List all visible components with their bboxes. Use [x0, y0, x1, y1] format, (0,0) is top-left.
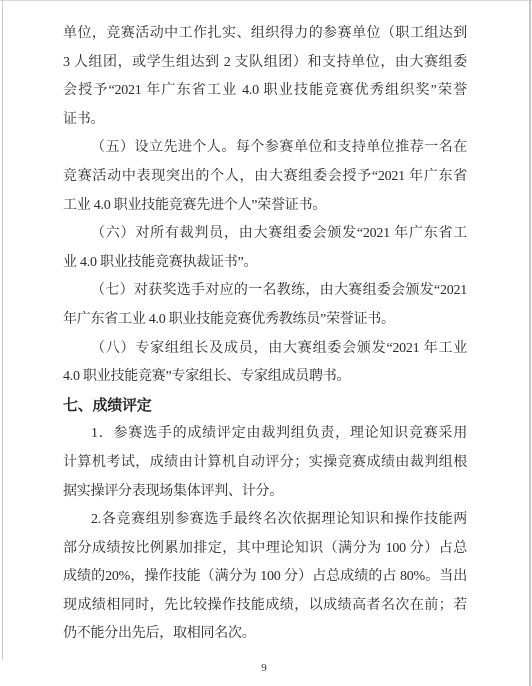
text-line: 部分成绩按比例累加排定，其中理论知识（满分为 100 分）占总	[63, 535, 467, 564]
text-line: （五）设立先进个人。每个参赛单位和支持单位推荐一名在	[63, 134, 467, 163]
document-page: 单位，竞赛活动中工作扎实、组织得力的参赛单位（职工组达到3 人组团，或学生组达到…	[0, 0, 532, 686]
text-line: 会授予“2021 年广东省工业 4.0 职业技能竞赛优秀组织奖”荣誉	[63, 77, 467, 106]
section-heading-line: 七、成绩评定	[63, 392, 467, 421]
paragraph-item-8-expert-group: （八）专家组组长及成员，由大赛组委会颁发“2021 年工业4.0 职业技能竞赛”…	[63, 335, 467, 392]
text-line: 现成绩相同时，先比较操作技能成绩，以成绩高者名次在前；若	[63, 592, 467, 621]
page-edge-right	[529, 0, 531, 686]
text-line: 1．参赛选手的成绩评定由裁判组负责，理论知识竞赛采用	[63, 420, 467, 449]
text-line: （八）专家组组长及成员，由大赛组委会颁发“2021 年工业	[63, 335, 467, 364]
paragraph-item-6-referees: （六）对所有裁判员，由大赛组委会颁发“2021 年广东省工业 4.0 职业技能竞…	[63, 220, 467, 277]
text-line: 单位，竞赛活动中工作扎实、组织得力的参赛单位（职工组达到	[63, 20, 467, 49]
paragraph-item-7-coaches: （七）对获奖选手对应的一名教练，由大赛组委会颁发“2021年广东省工业 4.0 …	[63, 277, 467, 334]
text-line: 成绩的20%，操作技能（满分为 100 分）占总成绩的占 80%。当出	[63, 563, 467, 592]
heading-section-7-score-evaluation: 七、成绩评定	[63, 392, 467, 421]
text-line: 业 4.0 职业技能竞赛执裁证书”。	[63, 249, 467, 278]
text-line: 仍不能分出先后，取相同名次。	[63, 620, 467, 649]
paragraph-org-award-continuation: 单位，竞赛活动中工作扎实、组织得力的参赛单位（职工组达到3 人组团，或学生组达到…	[63, 20, 467, 134]
text-line: 工业 4.0 职业技能竞赛先进个人”荣誉证书。	[63, 192, 467, 221]
text-line: 计算机考试，成绩由计算机自动评分；实操竞赛成绩由裁判组根	[63, 449, 467, 478]
text-line: 竞赛活动中表现突出的个人，由大赛组委会授予“2021 年广东省	[63, 163, 467, 192]
text-line: 2.各竞赛组别参赛选手最终名次依据理论知识和操作技能两	[63, 506, 467, 535]
text-line: 据实操评分表现场集体评判、计分。	[63, 478, 467, 507]
text-line: （七）对获奖选手对应的一名教练，由大赛组委会颁发“2021	[63, 277, 467, 306]
page-number: 9	[0, 662, 528, 674]
text-line: 4.0 职业技能竞赛”专家组长、专家组成员聘书。	[63, 363, 467, 392]
paragraph-item-5-advanced-individual: （五）设立先进个人。每个参赛单位和支持单位推荐一名在竞赛活动中表现突出的个人，由…	[63, 134, 467, 220]
text-line: 年广东省工业 4.0 职业技能竞赛优秀教练员”荣誉证书。	[63, 306, 467, 335]
text-line: 3 人组团，或学生组达到 2 支队组团）和支持单位，由大赛组委	[63, 49, 467, 78]
document-body: 单位，竞赛活动中工作扎实、组织得力的参赛单位（职工组达到3 人组团，或学生组达到…	[63, 20, 467, 649]
page-edge-left	[2, 0, 3, 660]
paragraph-score-item-1: 1．参赛选手的成绩评定由裁判组负责，理论知识竞赛采用计算机考试，成绩由计算机自动…	[63, 420, 467, 506]
paragraph-score-item-2: 2.各竞赛组别参赛选手最终名次依据理论知识和操作技能两部分成绩按比例累加排定，其…	[63, 506, 467, 649]
text-line: 证书。	[63, 106, 467, 135]
text-line: （六）对所有裁判员，由大赛组委会颁发“2021 年广东省工	[63, 220, 467, 249]
page-edge-top	[0, 0, 532, 1]
